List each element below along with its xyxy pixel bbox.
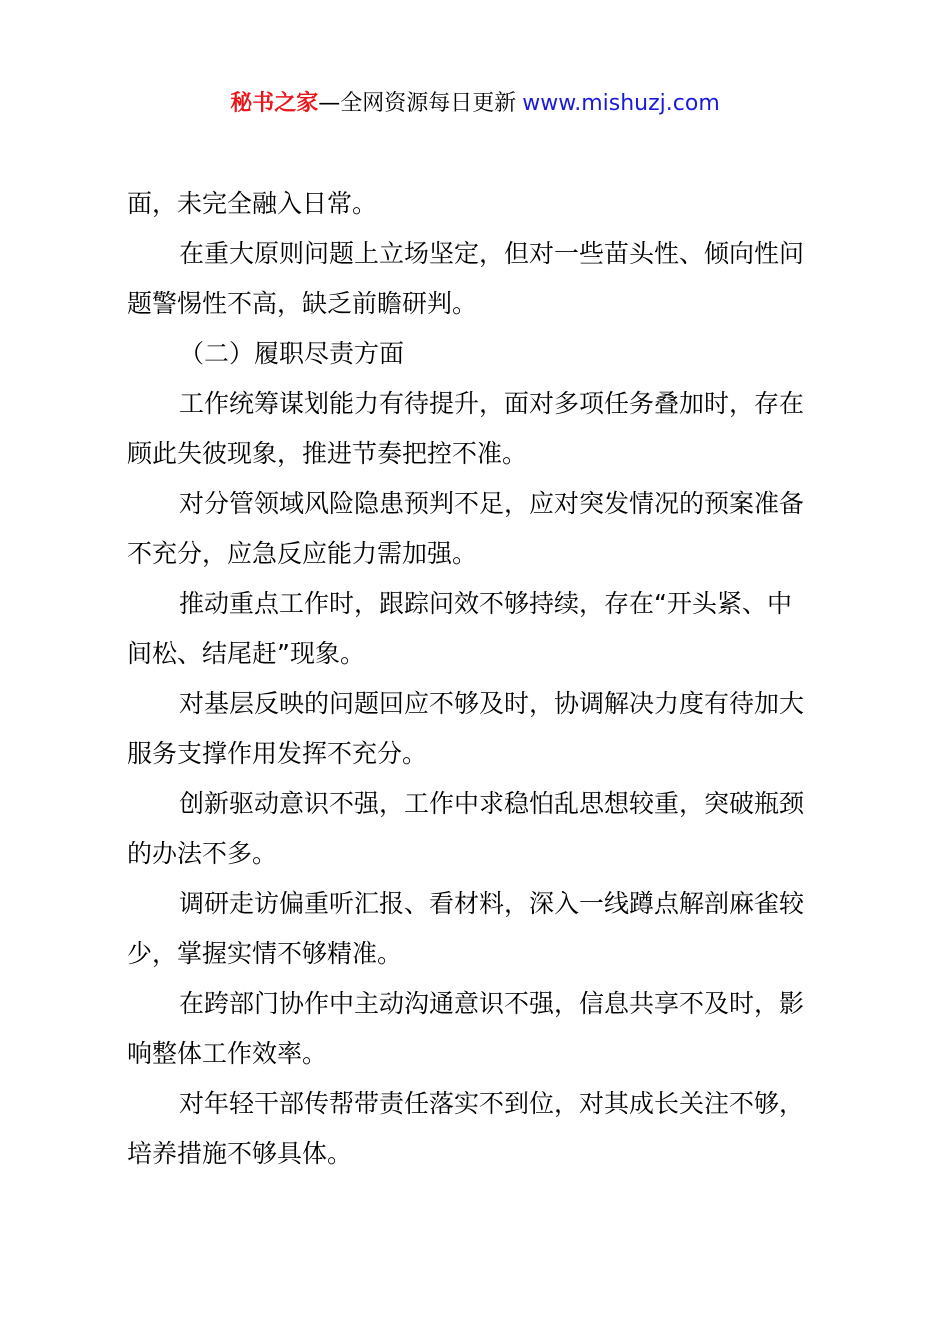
text-line: 间松、结尾赶”现象。 <box>127 632 837 682</box>
paragraph-start: 对基层反映的问题回应不够及时，协调解决力度有待加大 <box>127 682 837 732</box>
header-tagline: —全网资源每日更新 <box>318 91 516 116</box>
text-line: 题警惕性不高，缺乏前瞻研判。 <box>127 282 837 332</box>
document-body: 面，未完全融入日常。 在重大原则问题上立场坚定，但对一些苗头性、倾向性问 题警惕… <box>127 182 837 1182</box>
paragraph-start: 工作统筹谋划能力有待提升，面对多项任务叠加时，存在 <box>127 382 837 432</box>
text-line: 面，未完全融入日常。 <box>127 182 837 232</box>
paragraph-start: 在跨部门协作中主动沟通意识不强，信息共享不及时，影 <box>127 982 837 1032</box>
text-line: 少，掌握实情不够精准。 <box>127 932 837 982</box>
paragraph-start: 对年轻干部传帮带责任落实不到位，对其成长关注不够， <box>127 1082 837 1132</box>
text-line: 响整体工作效率。 <box>127 1032 837 1082</box>
text-line: 的办法不多。 <box>127 832 837 882</box>
paragraph-start: 在重大原则问题上立场坚定，但对一些苗头性、倾向性问 <box>127 232 837 282</box>
text-line: 不充分，应急反应能力需加强。 <box>127 532 837 582</box>
text-line: 服务支撑作用发挥不充分。 <box>127 732 837 782</box>
text-line: 培养措施不够具体。 <box>127 1132 837 1182</box>
paragraph-start: 对分管领域风险隐患预判不足，应对突发情况的预案准备 <box>127 482 837 532</box>
brand-name: 秘书之家 <box>230 91 318 116</box>
section-heading: （二）履职尽责方面 <box>127 332 837 382</box>
paragraph-start: 推动重点工作时，跟踪问效不够持续，存在“开头紧、中 <box>127 582 837 632</box>
page-header: 秘书之家—全网资源每日更新www.mishuzj.com <box>0 86 950 122</box>
text-line: 顾此失彼现象，推进节奏把控不准。 <box>127 432 837 482</box>
paragraph-start: 创新驱动意识不强，工作中求稳怕乱思想较重，突破瓶颈 <box>127 782 837 832</box>
website-link[interactable]: www.mishuzj.com <box>522 91 719 116</box>
paragraph-start: 调研走访偏重听汇报、看材料，深入一线蹲点解剖麻雀较 <box>127 882 837 932</box>
